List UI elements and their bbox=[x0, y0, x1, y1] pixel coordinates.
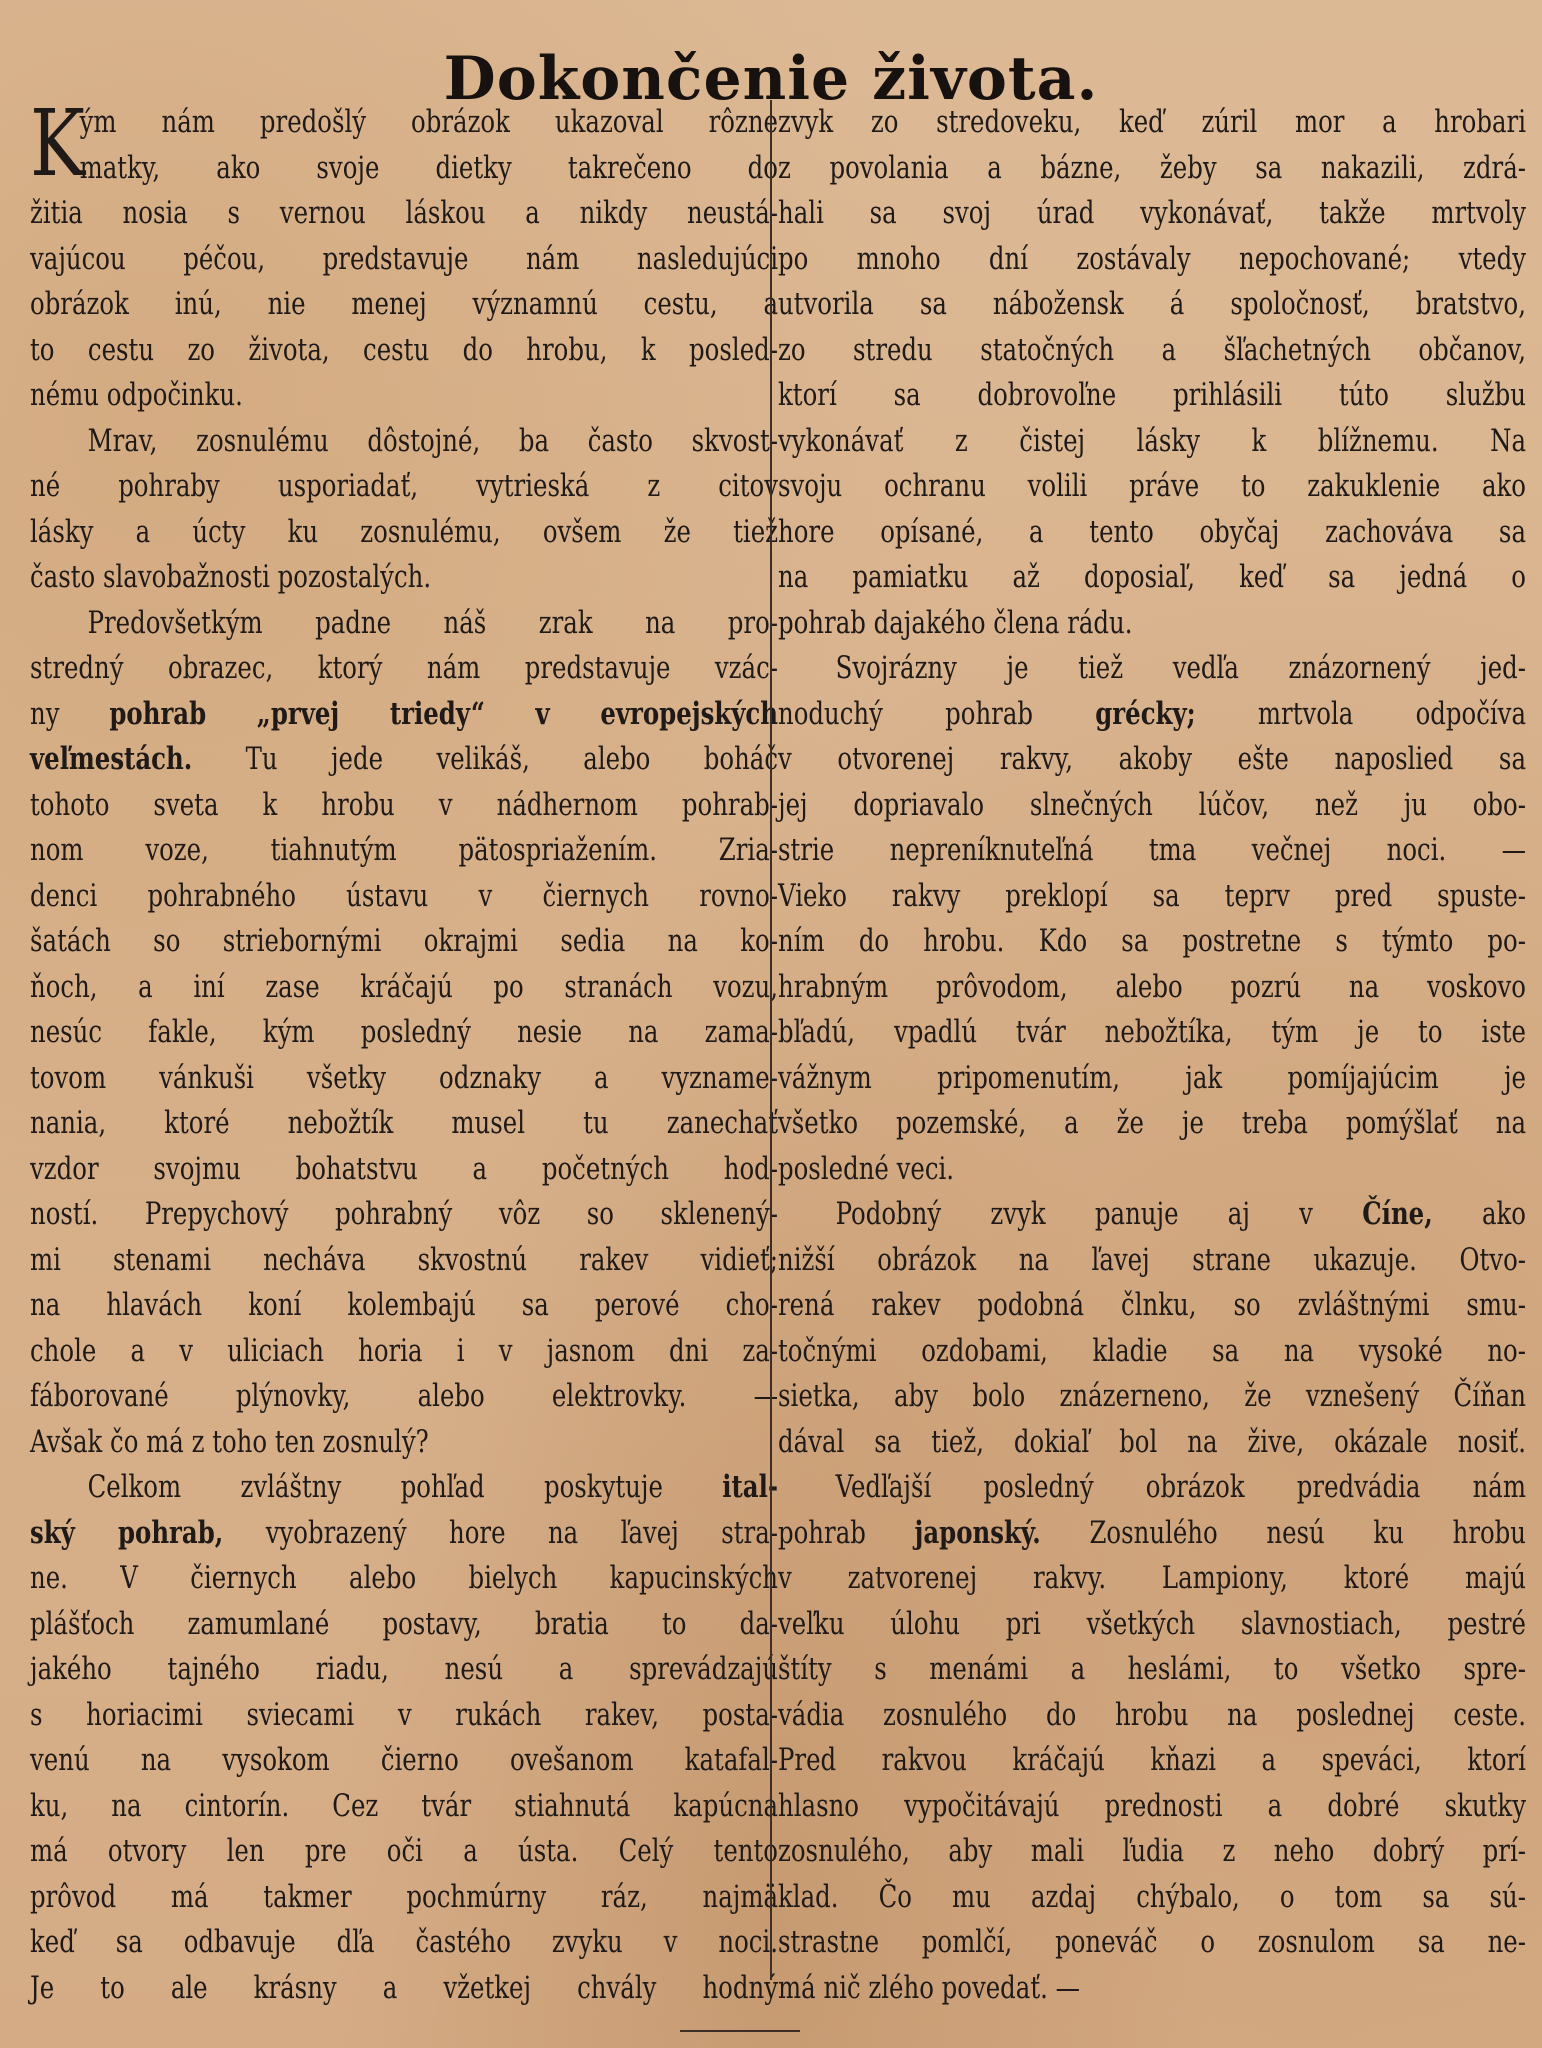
text-line: Avšak čo má z toho ten zosnulý? bbox=[30, 1420, 778, 1466]
text-line: ku, na cintorín. Cez tvár stiahnutá kapú… bbox=[30, 1784, 778, 1830]
text-line: po mnoho dní zostávaly nepochované; vted… bbox=[778, 237, 1526, 283]
text-line: denci pohrabného ústavu v čiernych rovno… bbox=[30, 874, 778, 920]
text-line: dával sa tiež, dokiaľ bol na žive, okáza… bbox=[778, 1420, 1526, 1466]
text-line: má nič zlého povedať. — bbox=[778, 1966, 1526, 2012]
text-line: zosnulého, aby mali ľudia z neho dobrý p… bbox=[778, 1829, 1526, 1875]
text-line: tovom vánkuši všetky odznaky a vyzname- bbox=[30, 1056, 778, 1102]
text-line: hore opísané, a tento obyčaj zachováva s… bbox=[778, 510, 1526, 556]
text-line: nania, ktoré nebožtík musel tu zanechať bbox=[30, 1101, 778, 1147]
right-column: zvyk zo stredoveku, keď zúril mor a hrob… bbox=[778, 100, 1526, 2011]
text-line: Celkom zvláštny pohľad poskytuje ital- bbox=[30, 1465, 778, 1511]
text-line: Vedľajší posledný obrázok predvádia nám bbox=[778, 1465, 1526, 1511]
text-line: Mrav, zosnulému dôstojné, ba často skvos… bbox=[30, 419, 778, 465]
text-line: v zatvorenej rakvy. Lampiony, ktoré majú bbox=[778, 1556, 1526, 1602]
text-line: všetko pozemské, a že je treba pomýšlať … bbox=[778, 1101, 1526, 1147]
text-line: veľku úlohu pri všetkých slavnostiach, p… bbox=[778, 1602, 1526, 1648]
text-line: stredný obrazec, ktorý nám predstavuje v… bbox=[30, 646, 778, 692]
text-line: nému odpočinku. bbox=[30, 373, 778, 419]
text-line: chole a v uliciach horia i v jasnom dni … bbox=[30, 1329, 778, 1375]
text-line: matky, ako svoje dietky takrečeno do bbox=[30, 146, 778, 192]
text-line: s horiacimi sviecami v rukách rakev, pos… bbox=[30, 1693, 778, 1739]
text-line: mi stenami necháva skvostnú rakev vidieť… bbox=[30, 1238, 778, 1284]
text-line: štíty s menámi a heslámi, to všetko spre… bbox=[778, 1647, 1526, 1693]
footer-rule bbox=[680, 2030, 800, 2032]
text-line: prôvod má takmer pochmúrny ráz, najmä bbox=[30, 1875, 778, 1921]
text-line: má otvory len pre oči a ústa. Celý tento bbox=[30, 1829, 778, 1875]
text-line: Svojrázny je tiež vedľa znázornený jed- bbox=[778, 646, 1526, 692]
text-line: ktorí sa dobrovoľne prihlásili túto služ… bbox=[778, 373, 1526, 419]
text-line: obrázok inú, nie menej významnú cestu, a bbox=[30, 282, 778, 328]
text-line: vzdor svojmu bohatstvu a početných hod- bbox=[30, 1147, 778, 1193]
text-line: posledné veci. bbox=[778, 1147, 1526, 1193]
text-line: hrabným prôvodom, alebo pozrú na voskovo bbox=[778, 965, 1526, 1011]
text-line: v otvorenej rakvy, akoby ešte naposlied … bbox=[778, 737, 1526, 783]
text-line: ním do hrobu. Kdo sa postretne s týmto p… bbox=[778, 919, 1526, 965]
text-line: ňoch, a iní zase kráčajú po stranách voz… bbox=[30, 965, 778, 1011]
text-line: nom voze, tiahnutým pätospriažením. Zria… bbox=[30, 828, 778, 874]
text-line: vajúcou péčou, predstavuje nám nasledujú… bbox=[30, 237, 778, 283]
text-line: bľadú, vpadlú tvár nebožtíka, tým je to … bbox=[778, 1010, 1526, 1056]
left-column: ým nám predošlý obrázok ukazoval rôznema… bbox=[30, 100, 778, 2011]
text-line: venú na vysokom čierno ovešanom katafal- bbox=[30, 1738, 778, 1784]
text-line: plášťoch zamumlané postavy, bratia to da… bbox=[30, 1602, 778, 1648]
text-line: noduchý pohrab grécky; mrtvola odpočíva bbox=[778, 692, 1526, 738]
text-line: nesúc fakle, kým posledný nesie na zama- bbox=[30, 1010, 778, 1056]
text-line: Podobný zvyk panuje aj v Číne, ako bbox=[778, 1192, 1526, 1238]
text-line: strie nepreníknuteľná tma večnej noci. — bbox=[778, 828, 1526, 874]
text-line: šatách so striebornými okrajmi sedia na … bbox=[30, 919, 778, 965]
text-line: rená rakev podobná člnku, so zvláštnými … bbox=[778, 1283, 1526, 1329]
text-line: sietka, aby bolo znázerneno, že vznešený… bbox=[778, 1374, 1526, 1420]
text-line: tohoto sveta k hrobu v nádhernom pohrab- bbox=[30, 783, 778, 829]
text-line: Pred rakvou kráčajú kňazi a speváci, kto… bbox=[778, 1738, 1526, 1784]
text-line: pohrab japonský. Zosnulého nesú ku hrobu bbox=[778, 1511, 1526, 1557]
text-line: vykonávať z čistej lásky k blížnemu. Na bbox=[778, 419, 1526, 465]
text-line: fáborované plýnovky, alebo elektrovky. — bbox=[30, 1374, 778, 1420]
text-line: ny pohrab „prvej triedy“ v evropejských bbox=[30, 692, 778, 738]
text-line: to cestu zo života, cestu do hrobu, k po… bbox=[30, 328, 778, 374]
column-divider bbox=[770, 100, 772, 1980]
text-line: lásky a úcty ku zosnulému, ovšem že tiež bbox=[30, 510, 778, 556]
text-line: klad. Čo mu azdaj chýbalo, o tom sa sú- bbox=[778, 1875, 1526, 1921]
text-line: jakého tajného riadu, nesú a sprevádzajú bbox=[30, 1647, 778, 1693]
text-line: nižší obrázok na ľavej strane ukazuje. O… bbox=[778, 1238, 1526, 1284]
text-line: točnými ozdobami, kladie sa na vysoké no… bbox=[778, 1329, 1526, 1375]
text-line: veľmestách. Tu jede velikáš, alebo boháč bbox=[30, 737, 778, 783]
text-line: hlasno vypočitávajú prednosti a dobré sk… bbox=[778, 1784, 1526, 1830]
text-line: keď sa odbavuje dľa častého zvyku v noci… bbox=[30, 1920, 778, 1966]
text-line: ský pohrab, vyobrazený hore na ľavej str… bbox=[30, 1511, 778, 1557]
text-line: né pohraby usporiadať, vytrieská z citov bbox=[30, 464, 778, 510]
text-line: ým nám predošlý obrázok ukazoval rôzne bbox=[30, 100, 778, 146]
text-line: strastne pomlčí, poneváč o zosnulom sa n… bbox=[778, 1920, 1526, 1966]
text-line: ne. V čiernych alebo bielych kapucinskýc… bbox=[30, 1556, 778, 1602]
text-line: zvyk zo stredoveku, keď zúril mor a hrob… bbox=[778, 100, 1526, 146]
text-line: vádia zosnulého do hrobu na poslednej ce… bbox=[778, 1693, 1526, 1739]
text-line: svoju ochranu volili práve to zakuklenie… bbox=[778, 464, 1526, 510]
text-line: žitia nosia s vernou láskou a nikdy neus… bbox=[30, 191, 778, 237]
text-line: ností. Prepychový pohrabný vôz so sklene… bbox=[30, 1192, 778, 1238]
text-line: utvorila sa nábožensk á spoločnosť, brat… bbox=[778, 282, 1526, 328]
text-line: Predovšetkým padne náš zrak na pro- bbox=[30, 601, 778, 647]
text-line: jej dopriavalo slnečných lúčov, než ju o… bbox=[778, 783, 1526, 829]
text-line: často slavobažnosti pozostalých. bbox=[30, 555, 778, 601]
text-line: z povolania a bázne, žeby sa nakazili, z… bbox=[778, 146, 1526, 192]
text-line: zo stredu statočných a šľachetných občan… bbox=[778, 328, 1526, 374]
text-line: na hlavách koní kolembajú sa perové cho- bbox=[30, 1283, 778, 1329]
text-line: pohrab dajakého člena rádu. bbox=[778, 601, 1526, 647]
text-line: na pamiatku až doposiaľ, keď sa jedná o bbox=[778, 555, 1526, 601]
text-line: vážnym pripomenutím, jak pomíjajúcim je bbox=[778, 1056, 1526, 1102]
text-line: hali sa svoj úrad vykonávať, takže mrtvo… bbox=[778, 191, 1526, 237]
text-line: Je to ale krásny a vžetkej chvály hodný bbox=[30, 1966, 778, 2012]
text-line: Vieko rakvy preklopí sa teprv pred spust… bbox=[778, 874, 1526, 920]
